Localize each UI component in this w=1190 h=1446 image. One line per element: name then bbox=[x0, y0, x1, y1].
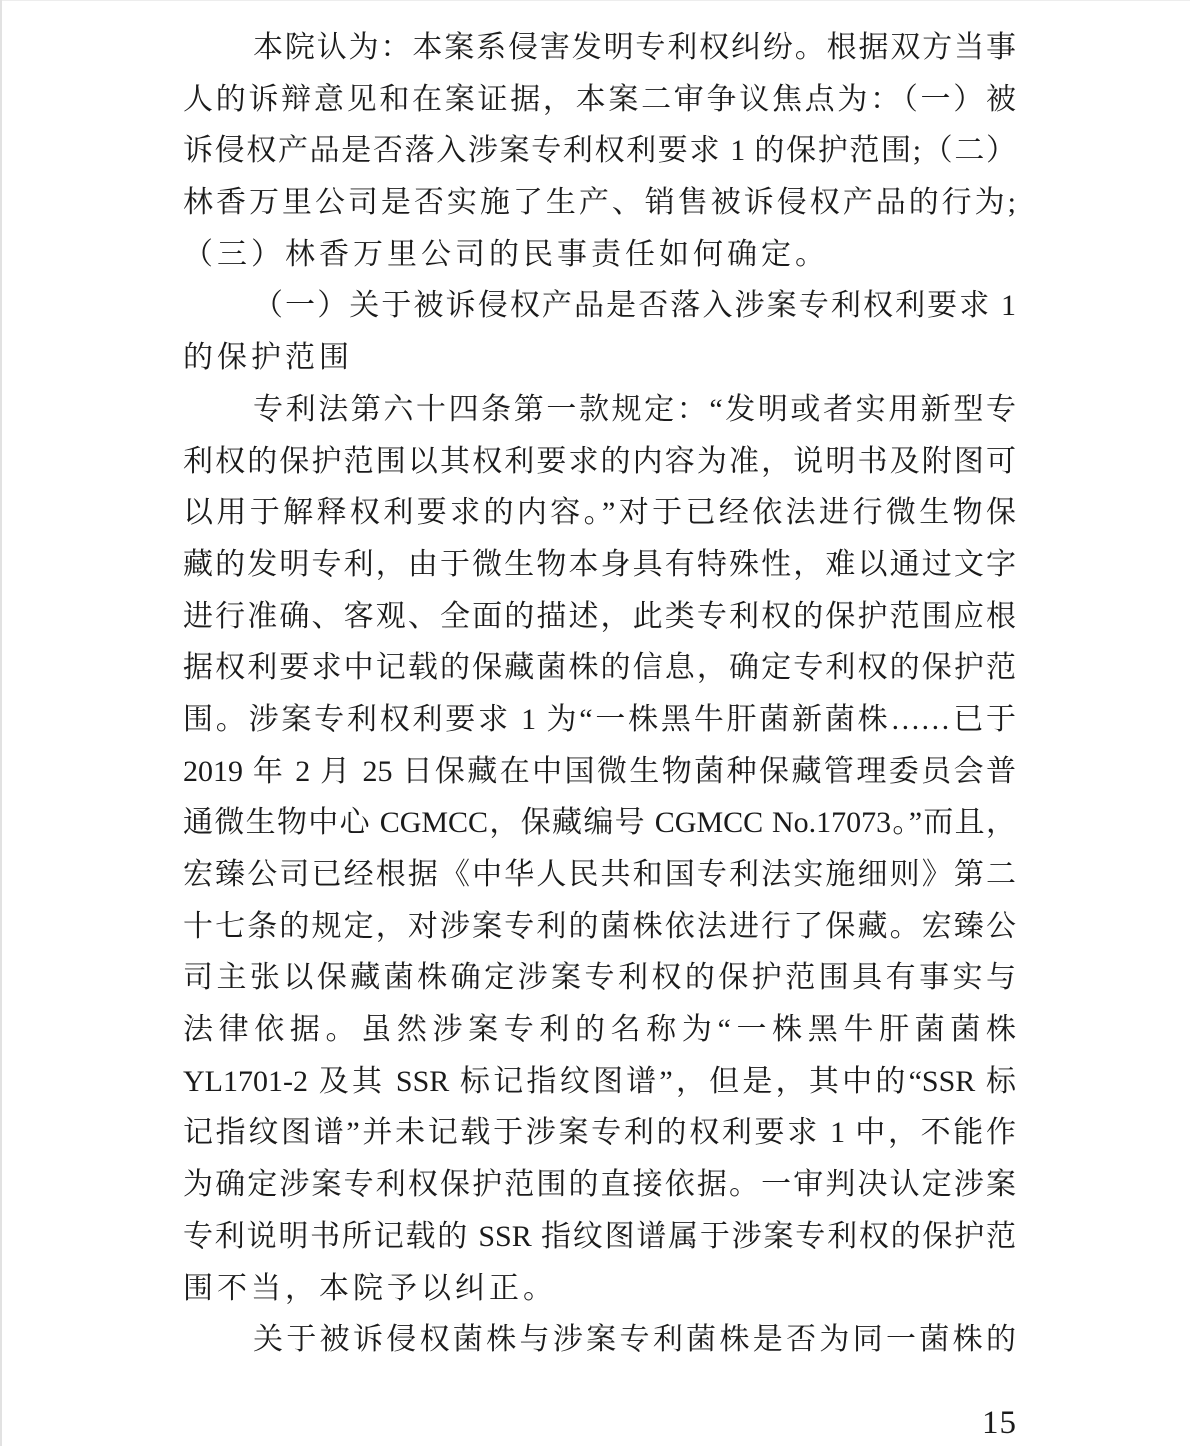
judgment-text-block: 本院认为：本案系侵害发明专利权纠纷。根据双方当事 人的诉辩意见和在案证据，本案二… bbox=[183, 22, 1016, 1366]
text-line: YL1701-2 及其 SSR 标记指纹图谱”，但是，其中的“SSR 标 bbox=[183, 1056, 1016, 1108]
text-line: 林香万里公司是否实施了生产、销售被诉侵权产品的行为; bbox=[183, 177, 1016, 229]
text-line: （一）关于被诉侵权产品是否落入涉案专利权利要求 1 bbox=[183, 280, 1016, 332]
text-line: 诉侵权产品是否落入涉案专利权利要求 1 的保护范围;（二） bbox=[183, 125, 1016, 177]
text-line: 为确定涉案专利权保护范围的直接依据。一审判决认定涉案 bbox=[183, 1159, 1016, 1211]
text-line: 据权利要求中记载的保藏菌株的信息，确定专利权的保护范 bbox=[183, 642, 1016, 694]
scan-edge-top bbox=[0, 0, 1190, 1]
text-line: 人的诉辩意见和在案证据，本案二审争议焦点为：（一）被 bbox=[183, 74, 1016, 126]
text-line: 进行准确、客观、全面的描述，此类专利权的保护范围应根 bbox=[183, 591, 1016, 643]
page-number: 15 bbox=[982, 1405, 1017, 1442]
text-line: 藏的发明专利，由于微生物本身具有特殊性，难以通过文字 bbox=[183, 539, 1016, 591]
document-page: 本院认为：本案系侵害发明专利权纠纷。根据双方当事 人的诉辩意见和在案证据，本案二… bbox=[0, 0, 1190, 1446]
text-line: 法律依据。虽然涉案专利的名称为“一株黑牛肝菌菌株 bbox=[183, 1004, 1016, 1056]
text-line: 专利法第六十四条第一款规定：“发明或者实用新型专 bbox=[183, 384, 1016, 436]
text-line: 的保护范围 bbox=[183, 332, 1016, 384]
text-line: 司主张以保藏菌株确定涉案专利权的保护范围具有事实与 bbox=[183, 952, 1016, 1004]
text-line: 以用于解释权利要求的内容。”对于已经依法进行微生物保 bbox=[183, 487, 1016, 539]
text-line: 围不当，本院予以纠正。 bbox=[183, 1263, 1016, 1315]
text-line: （三）林香万里公司的民事责任如何确定。 bbox=[183, 229, 1016, 281]
text-line: 利权的保护范围以其权利要求的内容为准，说明书及附图可 bbox=[183, 436, 1016, 488]
text-line: 本院认为：本案系侵害发明专利权纠纷。根据双方当事 bbox=[183, 22, 1016, 74]
text-line: 记指纹图谱”并未记载于涉案专利的权利要求 1 中，不能作 bbox=[183, 1107, 1016, 1159]
text-line: 专利说明书所记载的 SSR 指纹图谱属于涉案专利权的保护范 bbox=[183, 1211, 1016, 1263]
text-line: 关于被诉侵权菌株与涉案专利菌株是否为同一菌株的 bbox=[183, 1314, 1016, 1366]
text-line: 通微生物中心 CGMCC，保藏编号 CGMCC No.17073。”而且， bbox=[183, 797, 1016, 849]
text-line: 宏臻公司已经根据《中华人民共和国专利法实施细则》第二 bbox=[183, 849, 1016, 901]
text-line: 2019 年 2 月 25 日保藏在中国微生物菌种保藏管理委员会普 bbox=[183, 746, 1016, 798]
scan-edge-left bbox=[0, 0, 2, 1446]
text-line: 十七条的规定，对涉案专利的菌株依法进行了保藏。宏臻公 bbox=[183, 901, 1016, 953]
text-line: 围。涉案专利权利要求 1 为“一株黑牛肝菌新菌株……已于 bbox=[183, 694, 1016, 746]
